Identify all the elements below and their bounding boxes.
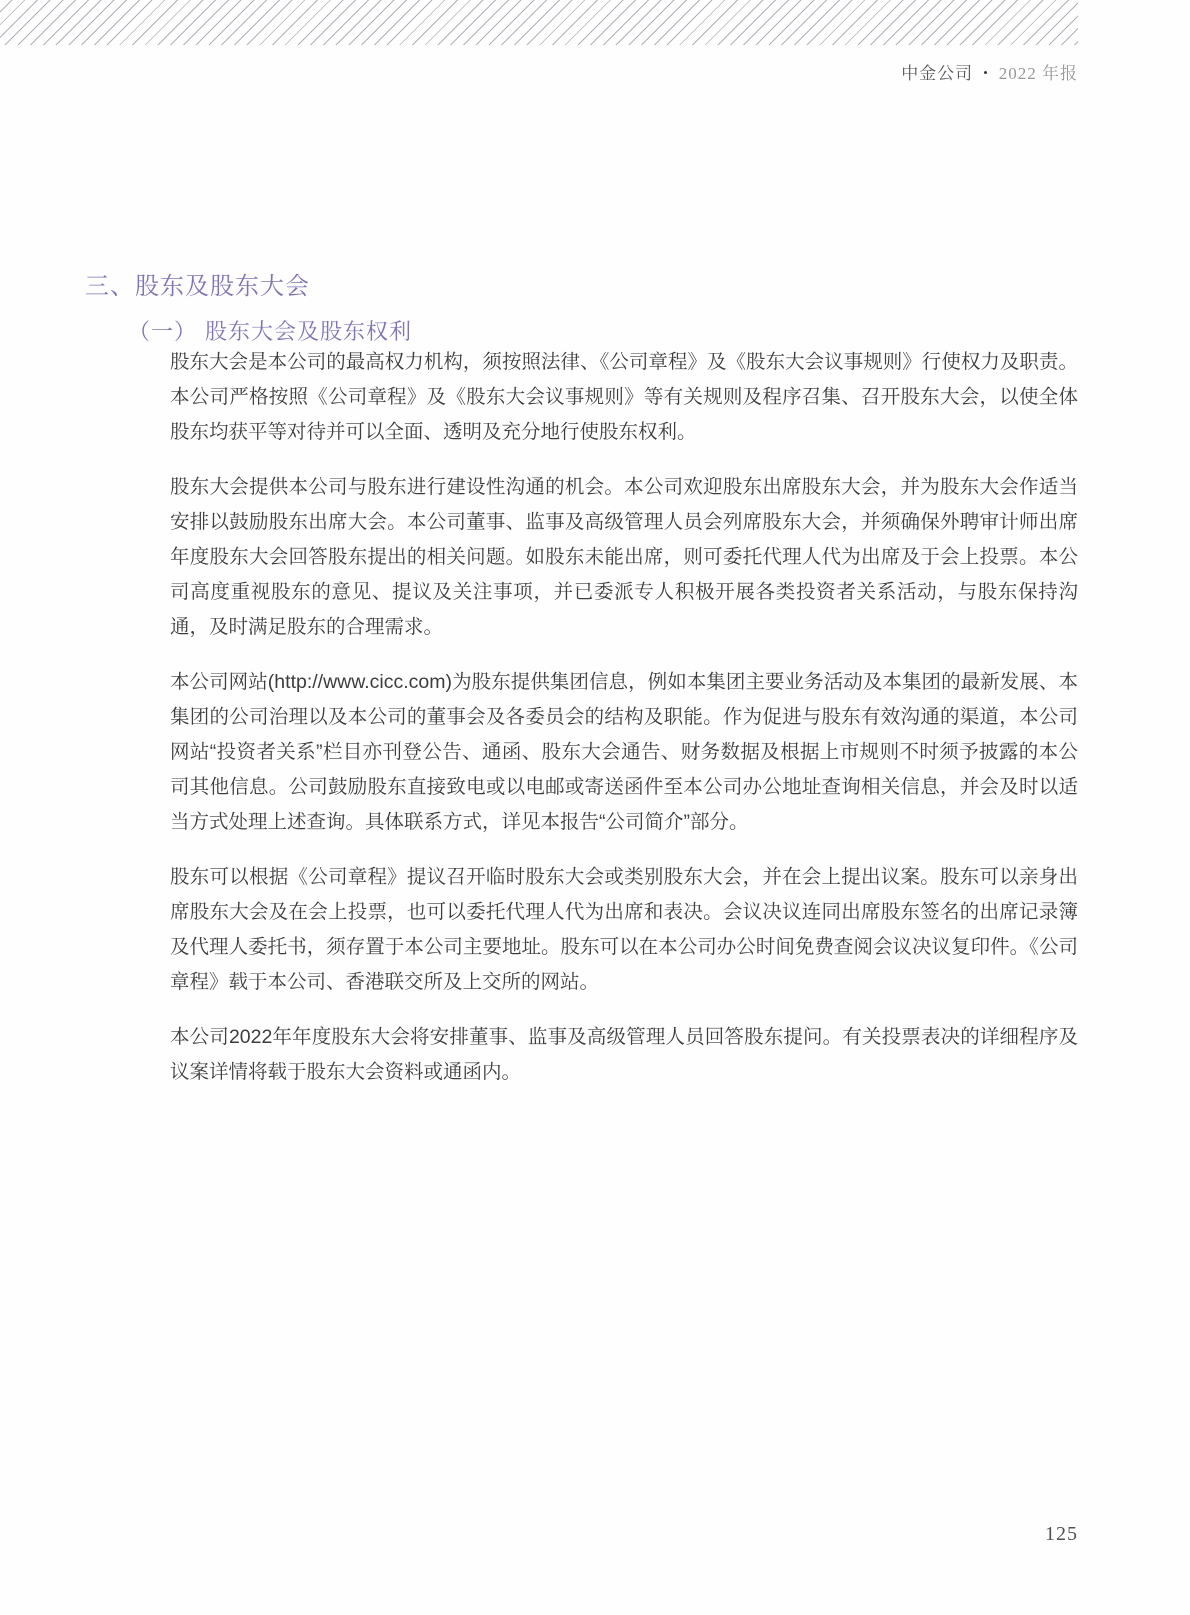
body-paragraph: 本公司2022年年度股东大会将安排董事、监事及高级管理人员回答股东提问。有关投票… (170, 1020, 1078, 1090)
body-paragraph: 股东大会提供本公司与股东进行建设性沟通的机会。本公司欢迎股东出席股东大会，并为股… (170, 470, 1078, 645)
running-header: 中金公司•2022 年报 (0, 61, 1078, 86)
subsection-title-text: 股东大会及股东权利 (205, 319, 412, 344)
section-number: 三、 (85, 273, 135, 300)
header-edition-label: 2022 年报 (999, 64, 1078, 83)
body-paragraph: 本公司网站(http://www.cicc.com)为股东提供集团信息，例如本集… (170, 665, 1078, 840)
body-paragraph: 股东大会是本公司的最高权力机构，须按照法律、《公司章程》及《股东大会议事规则》行… (170, 345, 1078, 450)
subsection-number: （一） (128, 319, 197, 344)
body-text-block: 股东大会是本公司的最高权力机构，须按照法律、《公司章程》及《股东大会议事规则》行… (170, 345, 1078, 1110)
decorative-hatch-band (0, 0, 1078, 45)
header-company-name: 中金公司 (901, 64, 973, 83)
subsection-title: （一）股东大会及股东权利 (128, 319, 412, 345)
header-bullet-separator: • (983, 65, 989, 80)
page-number: 125 (0, 1521, 1078, 1547)
section-title-text: 股东及股东大会 (135, 273, 310, 300)
annual-report-page: 中金公司•2022 年报 三、股东及股东大会 （一）股东大会及股东权利 股东大会… (0, 0, 1190, 1615)
body-paragraph: 股东可以根据《公司章程》提议召开临时股东大会或类别股东大会，并在会上提出议案。股… (170, 860, 1078, 1000)
section-title: 三、股东及股东大会 (85, 273, 310, 301)
